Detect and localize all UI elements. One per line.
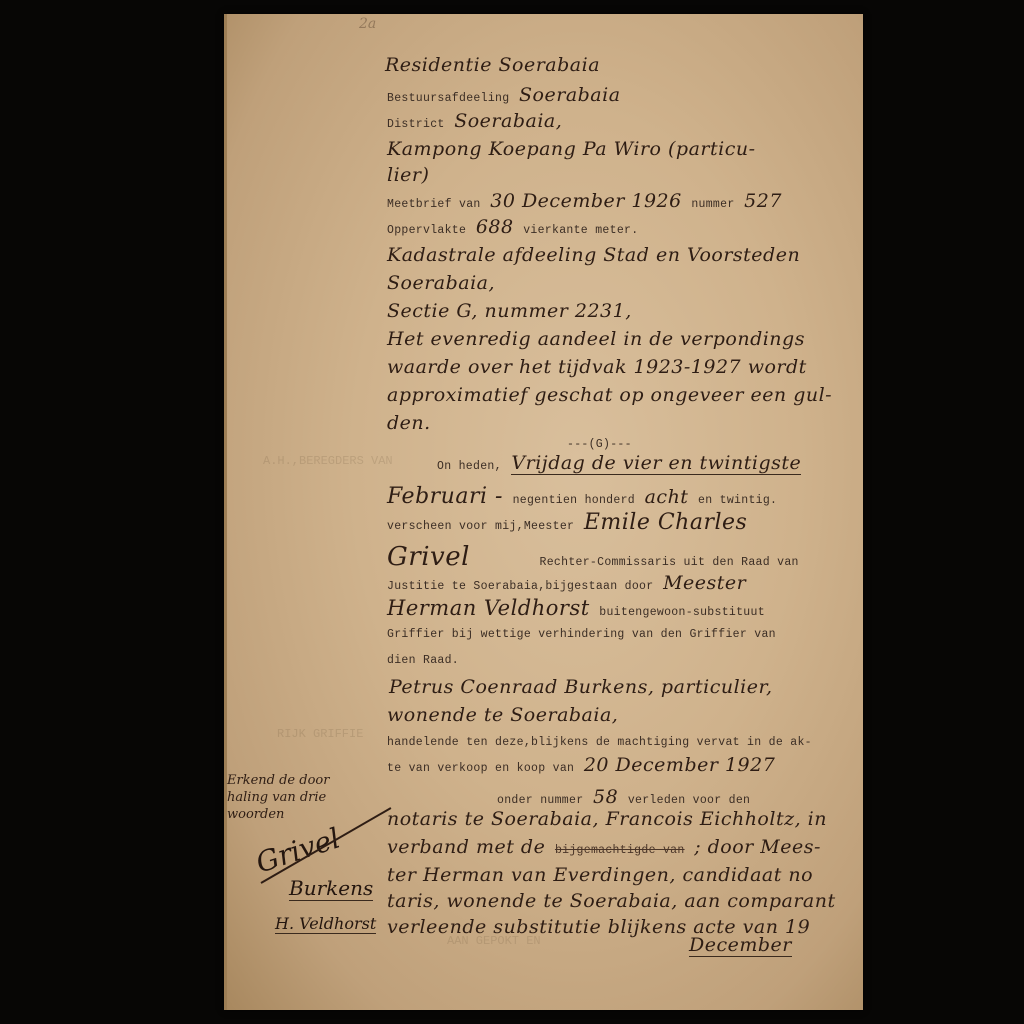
kampong-line-cont: lier) (387, 164, 429, 186)
year-handwritten: acht (645, 486, 689, 508)
name2-handwritten: Herman Veldhorst (387, 596, 590, 620)
name1-handwritten: Emile Charles (584, 510, 748, 535)
party-line-1: Petrus Coenraad Burkens, particulier, (389, 676, 773, 698)
handelende-line: handelende ten deze,blijkens de machtigi… (387, 736, 812, 749)
ghost-text: A.H.,BEREGDERS VAN (263, 454, 393, 468)
verponding-line-2: waarde over het tijdvak 1923-1927 wordt (387, 356, 807, 378)
meester-handwritten: Meester (663, 572, 746, 594)
residentie-line: Residentie Soerabaia (385, 54, 600, 76)
verponding-line-4: den. (387, 412, 431, 434)
district-line: District Soerabaia, (387, 110, 562, 132)
onder-nummer-line: onder nummer 58 verleden voor den (497, 786, 750, 808)
sectie-line: Sectie G, nummer 2231, (387, 300, 632, 322)
year-typed-b: en twintig. (698, 494, 777, 507)
margin-note: Erkend de door haling van drie woorden (227, 772, 329, 823)
kampong-line: Kampong Koepang Pa Wiro (particu- (387, 138, 756, 160)
bestuursafdeeling-line: Bestuursafdeeling Soerabaia (387, 84, 621, 106)
koop-date-handwritten: 20 December 1927 (584, 754, 775, 776)
griffier-line: Griffier bij wettige verhindering van de… (387, 628, 776, 641)
verponding-line-1: Het evenredig aandeel in de verpondings (387, 328, 805, 350)
ghost-text: RIJK GRIFFIE (277, 727, 363, 741)
month-year-line: Februari - negentien honderd acht en twi… (387, 484, 777, 509)
meetbrief-date: 30 December 1926 (490, 190, 681, 212)
party-line-2: wonende te Soerabaia, (387, 704, 618, 726)
struck-text: bijgemachtigde van (555, 844, 685, 857)
district-value: Soerabaia, (454, 110, 562, 132)
meetbrief-label: Meetbrief van (387, 198, 481, 211)
day-handwritten: Vrijdag de vier en twintigste (511, 452, 801, 475)
margin-note-line-1: Erkend de door (227, 772, 329, 789)
signature-burkens: Burkens (289, 876, 373, 901)
document-page: A.H.,BEREGDERS VAN RIJK GRIFFIE AAN GEPO… (224, 14, 863, 1010)
margin-note-line-3: woorden (227, 806, 329, 823)
everdingen-line: ter Herman van Everdingen, candidaat no (387, 864, 813, 886)
date-line: On heden, Vrijdag de vier en twintigste (437, 452, 801, 474)
oppervlakte-line: Oppervlakte 688 vierkante meter. (387, 216, 638, 238)
on-heden-text: On heden, (437, 460, 502, 473)
verponding-line-3: approximatief geschat op ongeveer een gu… (387, 384, 832, 406)
meetbrief-nummer-value: 527 (744, 190, 782, 212)
justitie-text: Justitie te Soerabaia,bijgestaan door (387, 580, 653, 593)
verband-text-a: verband met de (387, 836, 545, 858)
month-handwritten: Februari - (387, 484, 503, 509)
justitie-line: Justitie te Soerabaia,bijgestaan door Me… (387, 572, 746, 594)
verscheen-text: verscheen voor mij,Meester (387, 520, 574, 533)
kadaster-line: Kadastrale afdeeling Stad en Voorsteden (387, 244, 800, 266)
taris-line: taris, wonende te Soerabaia, aan compara… (387, 890, 836, 912)
verscheen-line: verscheen voor mij,Meester Emile Charles (387, 510, 747, 535)
rechter-text: Rechter-Commissaris uit den Raad van (540, 556, 799, 569)
page-number-mark: 2a (359, 16, 376, 32)
oppervlakte-value: 688 (476, 216, 514, 238)
district-label: District (387, 118, 445, 131)
meetbrief-line: Meetbrief van 30 December 1926 nummer 52… (387, 190, 782, 212)
bestuursafdeeling-label: Bestuursafdeeling (387, 92, 509, 105)
dien-raad-line: dien Raad. (387, 654, 459, 667)
verleden-text: verleden voor den (628, 794, 750, 807)
koop-text: te van verkoop en koop van (387, 762, 574, 775)
meetbrief-nummer-label: nummer (691, 198, 734, 211)
grivel-line: Grivel Rechter-Commissaris uit den Raad … (387, 542, 799, 572)
kadaster-line-cont: Soerabaia, (387, 272, 495, 294)
signature-grivel: Grivel (252, 822, 344, 880)
notaris-line: notaris te Soerabaia, Francois Eichholtz… (387, 808, 827, 830)
verband-line: verband met de bijgemachtigde van ; door… (387, 836, 821, 858)
section-marker: ---(G)--- (567, 438, 632, 451)
onder-nummer-text: onder nummer (497, 794, 583, 807)
name1b-handwritten: Grivel (387, 542, 470, 572)
year-typed-a: negentien honderd (513, 494, 635, 507)
bestuursafdeeling-value: Soerabaia (519, 84, 621, 106)
signature-veldhorst: H. Veldhorst (275, 914, 376, 934)
verband-text-b: ; door Mees- (694, 836, 821, 858)
nummer-handwritten: 58 (593, 786, 618, 808)
oppervlakte-label: Oppervlakte (387, 224, 466, 237)
margin-note-line-2: haling van drie (227, 789, 329, 806)
buitengewoon-text: buitengewoon-substituut (599, 606, 765, 619)
december-handwritten: December (689, 934, 792, 957)
koop-line: te van verkoop en koop van 20 December 1… (387, 754, 775, 776)
veldhorst-line: Herman Veldhorst buitengewoon-substituut (387, 596, 765, 620)
oppervlakte-unit: vierkante meter. (523, 224, 638, 237)
